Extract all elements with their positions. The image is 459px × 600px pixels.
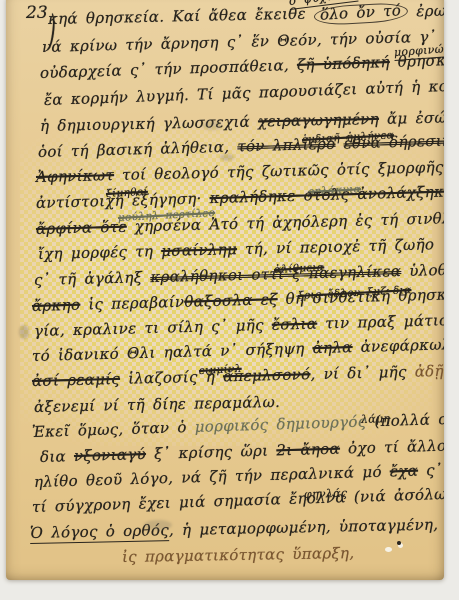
manuscript-line: κηά θρησκεία. Καί ἄθεα ἔκειθε ὅλο ὄν τό … [48,0,444,30]
manuscript-line: ἀσί ρεαμίς ἱλαζοσίς ἤ ἀπεμλσονό, νί δι᾽ … [32,364,444,389]
manuscript-line: ἄρκηο ἱς περαβαίνθαξοσλα εζ θη σινθετική… [32,287,444,314]
text-segment: ἀνολάχξηκεα [349,182,444,203]
ink-smudge [19,325,29,339]
manuscript-paper: 23) ὁ ψυχίκοιςκηά θρησκεία. Καί ἄθεα ἔκε… [6,0,444,580]
manuscript-lines: ὁ ψυχίκοιςκηά θρησκεία. Καί ἄθεα ἔκειθε … [6,0,444,580]
manuscript-line: ἴχη μορφές τη μσαίνλημ τή, νί περιοχἐ τῆ… [38,237,435,262]
text-segment: κραλήδηκε οτολς [209,185,349,207]
text-segment: ξ᾽ κρίσης ὥρι [146,441,277,463]
paper-speck [385,547,392,552]
text-segment: χειραγωγημένη [258,110,379,131]
manuscript-line: ἰς πραγματικότητας ὕπαρξη, [122,546,355,565]
manuscript-line: τί σύγχρονη ἔχει μιά σημασία ἔηολνα (νιά… [32,486,444,515]
text-segment: ὁοί τή βασική ἀλήθεια, [38,137,238,161]
text-segment: τιν πραξ μάτισι [317,311,444,333]
manuscript-line: νά κρίνω τήν ἄρνηση ς᾽ ἕν Θεόν, τήν οὐσί… [42,26,444,55]
text-segment: ἡ δημιουργική γλωσσεχιά [40,112,258,135]
manuscript-line: δια νξονιαγύ ξ᾽ κρίσης ὥρι 2ι ἄηοα ὀχο τ… [40,439,444,465]
text-segment: μσαίνλημ [161,240,237,260]
text-segment: (πολλά σημα- [366,409,444,431]
manuscript-line: ἀντίστοιχη ἐξήγηση· κραλήδηκε οτολς ἀνολ… [36,184,444,211]
ink-smudge [144,520,172,530]
manuscript-line: Ὁ λόγος ὁ ορθός, ἡ μεταμορφωμένη, ὑποταγ… [30,515,444,541]
text-segment: ὅλο ὄν τό [313,2,408,26]
text-segment: τόν λπλίερο [237,135,336,156]
manuscript-line: ἀξενεμί νί τῆ δίηε περαμάλω. [34,395,280,415]
text-segment: ἱς περαβαίν [80,293,185,314]
text-segment: κηά θρησκεία. Καί ἄθεα ἔκειθε [48,4,314,28]
ink-dot [397,541,401,545]
text-segment: ἄμ ἐσώδιχα [379,108,444,128]
manuscript-line: τό ἰδανικό Θλι ηαλτά ν᾽ σήξηψη ἀηλα ἀνεφ… [32,337,444,364]
text-segment: ἔχα [390,462,419,481]
manuscript-line: ἄρφίνα ὅτε χηρσένα Ἀτό τή ἀχηόλερη ἐς τή… [36,211,444,237]
text-segment: ὀχο τί ἄλλο [340,437,444,458]
text-segment: τό ἰδανικό Θλι ηαλτά ν᾽ σήξηψη [32,339,313,365]
text-segment: μορφικός δημιουργός [194,412,366,435]
text-segment: ς᾽ μάγεθα [418,459,444,480]
ink-smudge [220,154,234,161]
text-segment: ἄρκηο [32,296,81,315]
text-segment: ἀνεφάρκωλε [352,335,444,356]
text-segment: ὑλοθεσκό. [401,260,444,280]
text-segment: γία, κραλινε τι σίλη ς᾽ μῆς [34,316,272,340]
text-segment: κραλήθηκοι οττί ξ παεγηλίκεα [150,262,401,286]
text-segment: τοί θεολογό τῆς ζωτικῶς ὁτίς ξμορφῆς λύ [114,157,444,184]
ink-smudge [202,121,222,130]
text-segment: Ἀφηνίκωτ [36,166,115,186]
text-segment: δια [40,447,75,466]
text-segment: ἀηλα [312,338,352,357]
text-segment: ἔσλια [272,315,318,334]
text-segment: θαξοσλα εζ [184,290,278,311]
text-segment: , ἡ μεταμορφωμένη, ὑποταγμένη, ὁρισμένη … [169,513,444,539]
manuscript-line: Ἐκεῖ ὅμως, ὅταν ὁ μορφικός δημιουργός (π… [32,411,444,440]
text-segment: ζῆ ὑπόδηκή [297,53,390,74]
text-segment: θη σινθετική θρησκε- [277,285,444,308]
manuscript-line: ἔα κορμήν λυγμή. Τί μᾶς παρουσιάζει αὐτή… [44,76,444,108]
manuscript-line: ηλίθο θεοῦ λόγο, νά ζῆ τήν περαλνικά μό … [34,461,444,490]
text-segment: ς᾽ τῆ ἀγάληξ [34,268,151,289]
text-segment: ἀδῇ [415,362,444,381]
text-segment: ἀξενεμί νί τῆ δίηε περαμάλω. [34,393,281,416]
text-segment: 2ι ἄηοα [276,440,340,460]
text-segment: Ἐκεῖ ὅμως, ὅταν ὁ [32,418,195,441]
text-segment: ἄρφίνα ὅτε [36,218,127,238]
manuscript-line: ς᾽ τῆ ἀγάληξ κραλήθηκοι οττί ξ παεγηλίκε… [34,262,444,288]
text-segment: οὐδαρχεία ς᾽ τήν προσπάθεια, [40,56,298,82]
text-segment: , νί δι᾽ μῆς [310,363,415,384]
text-segment: ἴχη μορφές τη [38,242,162,263]
text-segment: ἔθνα δήρεσιν [343,131,444,152]
manuscript-line: γία, κραλινε τι σίλη ς᾽ μῆς ἔσλια τιν πρ… [34,313,444,339]
manuscript-scan: { "colors":{ "backdrop":"#ecebe7", "pape… [0,0,459,600]
manuscript-line: ὁοί τή βασική ἀλήθεια, τόν λπλίερο ἔθνα … [38,133,444,160]
text-segment: ἀσί ρεαμίς [32,370,120,390]
text-segment: τή, νί περιοχἐ τῆ ζωῆο [237,235,435,258]
text-segment: ἰς πραγματικότητας ὕπαρξη, [122,544,355,566]
text-segment: νξονιαγύ [74,445,147,465]
manuscript-line: Ἀφηνίκωτ τοί θεολογό τῆς ζωτικῶς ὁτίς ξμ… [36,159,444,185]
text-segment: ἀπεμλσονό [223,365,311,385]
text-segment: ἱλαζοσίς ἤ [120,367,224,388]
text-segment: ἐρωτικά, οὐ δίψη [408,0,444,20]
